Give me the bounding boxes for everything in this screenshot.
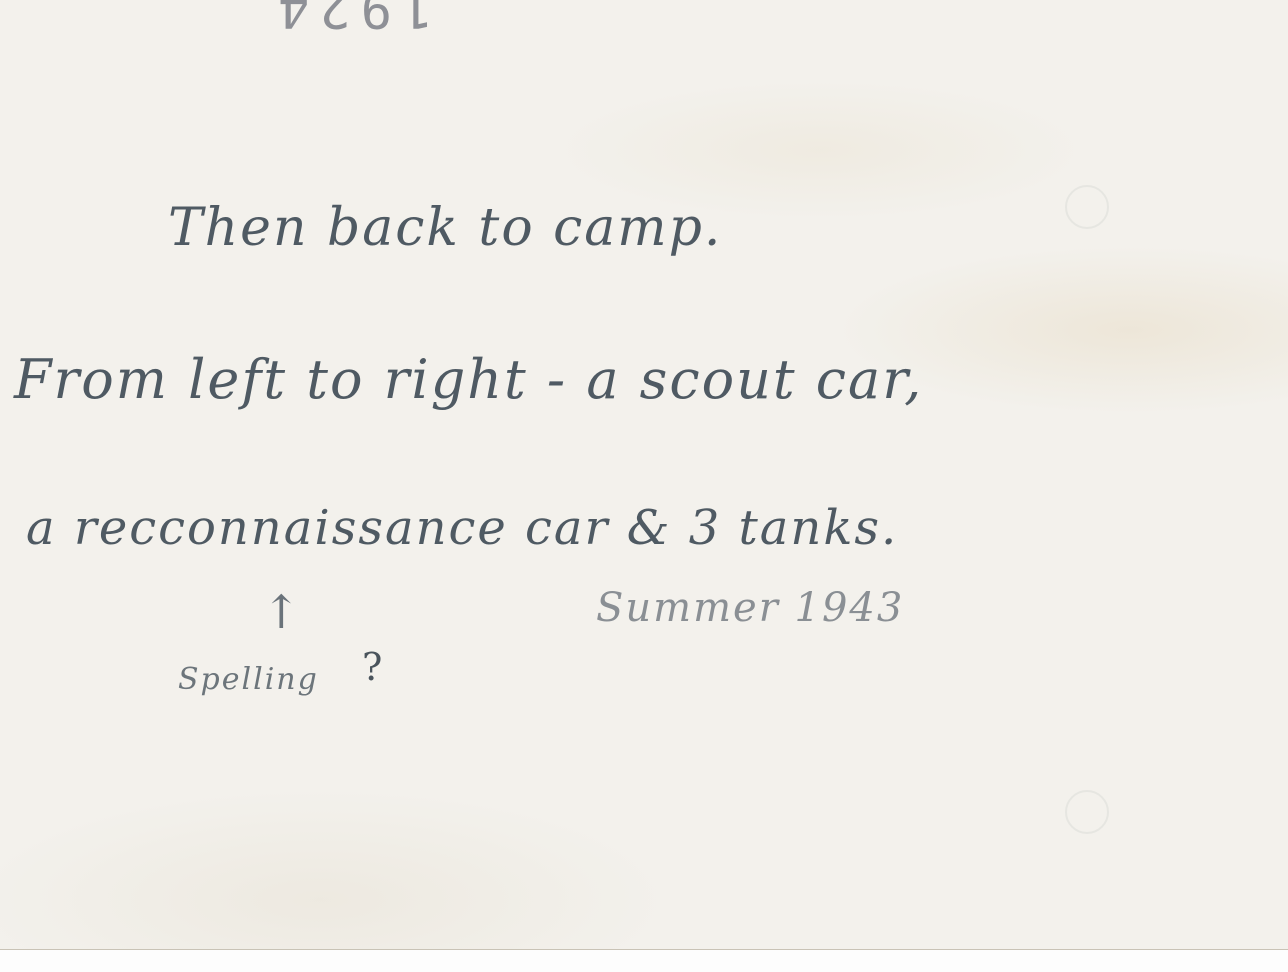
bleed-through-mark	[1065, 790, 1109, 834]
bleed-through-mark	[1065, 185, 1109, 229]
question-mark: ?	[362, 645, 384, 689]
arrow-up-icon: ↑	[262, 585, 303, 639]
handwritten-line-1: Then back to camp.	[168, 198, 722, 258]
spelling-note: Spelling	[178, 662, 319, 697]
date-annotation: Summer 1943	[596, 585, 904, 631]
paper-card: 1924 Then back to camp. From left to rig…	[0, 0, 1288, 950]
handwritten-line-3: a recconnaissance car & 3 tanks.	[26, 500, 898, 556]
handwritten-line-2: From left to right - a scout car,	[14, 348, 923, 411]
inverted-stamp-number: 1924	[268, 0, 433, 38]
